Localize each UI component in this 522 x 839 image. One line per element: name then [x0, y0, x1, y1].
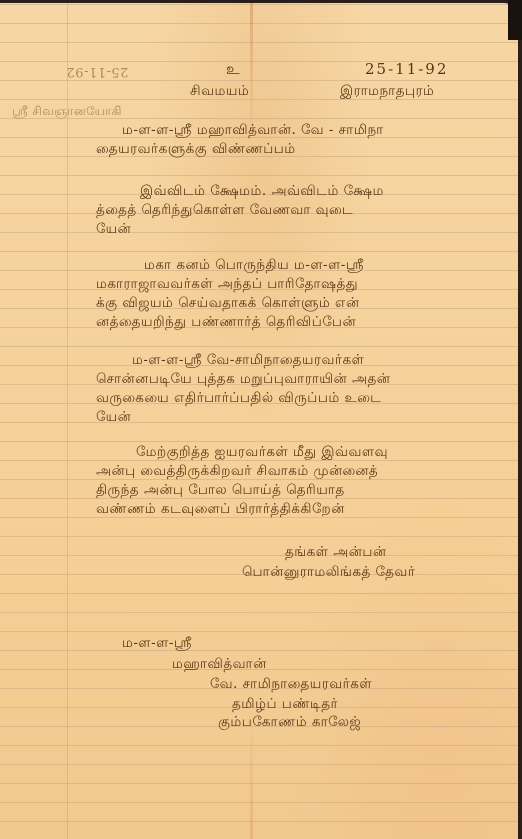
address-line: வே. சாமிநாதையரவர்கள்	[210, 675, 372, 694]
paragraph-3: ம-ள-ள-ஸ்ரீ வே-சாமிநாதையரவர்கள் சொன்னபடிய…	[96, 351, 390, 427]
paragraph-line: வண்ணம் கடவுளைப் பிரார்த்திக்கிறேன்	[96, 500, 388, 519]
address-line: கும்பகோணம் காலேஜ்	[218, 713, 361, 732]
pencil-note: ஸ்ரீ சிவஞானயோகி	[12, 102, 122, 121]
pencil-date: 25-11-92	[66, 62, 128, 81]
paragraph-line: சொன்னபடியே புத்தக மறுப்புவாராயின் அதன்	[96, 370, 390, 389]
paragraph-line: திருந்த அன்பு போல பொய்த் தெரியாத	[96, 481, 388, 500]
letter-date: 25-11-92	[365, 60, 448, 79]
signature: பொன்னுராமலிங்கத் தேவர்	[242, 563, 415, 582]
paragraph-line: த்தைத் தெரிந்துகொள்ள வேணவா வுடை	[96, 201, 384, 220]
address-line: ம-ள-ள-ஸ்ரீ	[122, 634, 192, 653]
paragraph-4: மேற்குறித்த ஐயரவர்கள் மீது இவ்வளவு அன்பு…	[96, 443, 388, 519]
paragraph-1: இவ்விடம் க்ஷேமம். அவ்விடம் க்ஷேம த்தைத் …	[96, 182, 384, 239]
opening-line: தையரவர்களுக்கு விண்ணப்பம்	[96, 140, 384, 159]
opening-line: ம-ள-ள-ஸ்ரீ மஹாவித்வான். வே - சாமிநா	[96, 121, 384, 140]
opening-block: ம-ள-ள-ஸ்ரீ மஹாவித்வான். வே - சாமிநா தையர…	[96, 121, 384, 159]
paragraph-line: மகாராஜாவவர்கள் அந்தப் பாரிதோஷத்து	[96, 275, 364, 294]
paragraph-2: மகா கனம் பொருந்திய ம-ள-ள-ஸ்ரீ மகாராஜாவவர…	[96, 256, 364, 332]
place-name: இராமநாதபுரம்	[340, 82, 434, 101]
paragraph-line: அன்பு வைத்திருக்கிறவர் சிவாகம் முன்னைத்	[96, 462, 388, 481]
paragraph-line: ம-ள-ள-ஸ்ரீ வே-சாமிநாதையரவர்கள்	[96, 351, 390, 370]
address-line: தமிழ்ப் பண்டிதர்	[232, 695, 338, 714]
address-line: மஹாவித்வான்	[172, 655, 267, 674]
paragraph-line: னத்தையறிந்து பண்ணார்த் தெரிவிப்பேன்	[96, 313, 364, 332]
paragraph-line: மேற்குறித்த ஐயரவர்கள் மீது இவ்வளவு	[96, 443, 388, 462]
salutation-deity: சிவமயம்	[190, 82, 249, 101]
background-corner	[508, 0, 522, 40]
valediction: தங்கள் அன்பன்	[285, 543, 386, 562]
paragraph-line: யேன்	[96, 408, 390, 427]
paragraph-line: க்கு விஜயம் செய்வதாகக் கொள்ளும் என்	[96, 294, 364, 313]
paragraph-line: இவ்விடம் க்ஷேமம். அவ்விடம் க்ஷேம	[96, 182, 384, 201]
letter-paper: 25-11-92 உ 25-11-92 சிவமயம் இராமநாதபுரம்…	[0, 3, 518, 839]
paragraph-line: வருகையை எதிர்பார்ப்பதில் விருப்பம் உடை	[96, 389, 390, 408]
invocation-mark: உ	[226, 60, 240, 79]
paragraph-line: மகா கனம் பொருந்திய ம-ள-ள-ஸ்ரீ	[96, 256, 364, 275]
margin-line	[67, 3, 68, 839]
paragraph-line: யேன்	[96, 220, 384, 239]
